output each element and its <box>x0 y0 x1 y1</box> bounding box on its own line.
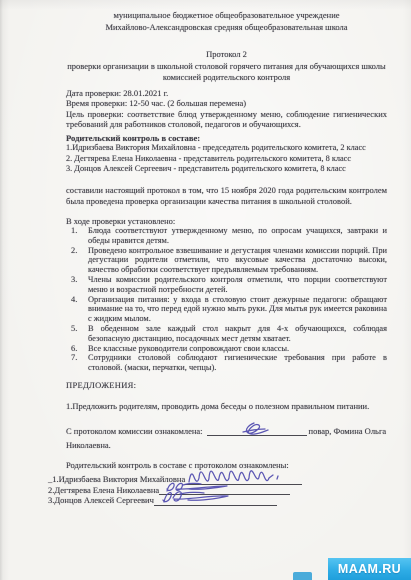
committee-member: 2. Дегтярева Елена Николаевна - представ… <box>66 154 387 165</box>
document-body: муниципальное бюджетное общеобразователь… <box>0 0 411 580</box>
committee-member: 3. Донцов Алексей Сергеевич - представит… <box>66 164 387 175</box>
finding-item: Сотрудники столовой соблюдают гигиеничес… <box>66 353 387 373</box>
signer-name: 3.Донцов Алексей Сергеевич <box>48 495 154 506</box>
protocol-title-block: Протокол 2 проверки организации в школьн… <box>66 49 387 84</box>
inspection-time: Время проверки: 12-50 час. (2 большая пе… <box>66 98 387 109</box>
protocol-subtitle-2: комиссией родительского контроля <box>66 72 387 84</box>
signature-line <box>154 496 277 506</box>
maam-watermark: MAAM.RU <box>328 558 411 580</box>
inspection-meta: Дата проверки: 28.01.2021 г. Время прове… <box>66 88 387 130</box>
committee-heading: Родительский контроль в составе: <box>66 133 387 144</box>
org-line-1: муниципальное бюджетное общеобразователь… <box>66 9 387 21</box>
finding-item: Все классные руководители сопровождают с… <box>66 344 387 354</box>
ack-prefix: С протоколом комиссии ознакомлена: <box>66 426 203 437</box>
inspection-date: Дата проверки: 28.01.2021 г. <box>66 88 387 99</box>
cook-signature-line <box>207 424 307 436</box>
cook-acknowledgement-row: С протоколом комиссии ознакомлена: повар… <box>66 424 387 437</box>
finding-item: Блюда соответствуют утвержденному меню, … <box>66 226 387 246</box>
protocol-subtitle-1: проверки организации в школьной столовой… <box>66 61 387 73</box>
maam-watermark-label: MAAM.RU <box>338 562 401 576</box>
signature-cook <box>207 419 307 439</box>
organization-header: муниципальное бюджетное общеобразователь… <box>66 9 387 33</box>
finding-item: В обеденном зале каждый стол накрыт для … <box>66 324 387 344</box>
signer-name: 2.Дегтярева Елена Николаевна <box>48 485 159 496</box>
protocol-statement: составили настоящий протокол в том, что … <box>66 185 387 207</box>
findings-heading: В ходе проверки установлено: <box>66 216 387 227</box>
signer-row: 3.Донцов Алексей Сергеевич <box>48 495 387 506</box>
signature-block: _1.Идризбаева Виктория Михайловна 2.Дегт… <box>48 474 387 506</box>
signature-dontsov <box>154 487 277 509</box>
org-line-2: Михайлово-Александровская средняя общеоб… <box>66 21 387 33</box>
finding-item: Проведено контрольное взвешивание и дегу… <box>66 246 387 275</box>
watermark-fragment <box>293 572 312 580</box>
scanned-protocol-document: муниципальное бюджетное общеобразователь… <box>0 0 411 580</box>
ack-suffix: повар, Фомина Ольга <box>309 426 387 437</box>
finding-item: Члены комиссии родительского контроля от… <box>66 275 387 295</box>
suggestion-line: 1.Предложить родителям, проводить дома б… <box>66 401 387 412</box>
suggestions-heading: ПРЕДЛОЖЕНИЯ: <box>66 380 387 391</box>
committee-section: Родительский контроль в составе: 1.Идриз… <box>66 133 387 175</box>
committee-member: 1.Идризбаева Виктория Михайловна - предс… <box>66 143 387 154</box>
inspection-goal: Цель проверки: соответствие блюд утвержд… <box>66 109 387 130</box>
findings-list: Блюда соответствуют утвержденному меню, … <box>66 226 387 373</box>
protocol-title: Протокол 2 <box>66 49 387 61</box>
finding-item: Организация питания: у входа в столовую … <box>66 295 387 324</box>
ack-line-2: Николаевна. <box>66 440 387 451</box>
